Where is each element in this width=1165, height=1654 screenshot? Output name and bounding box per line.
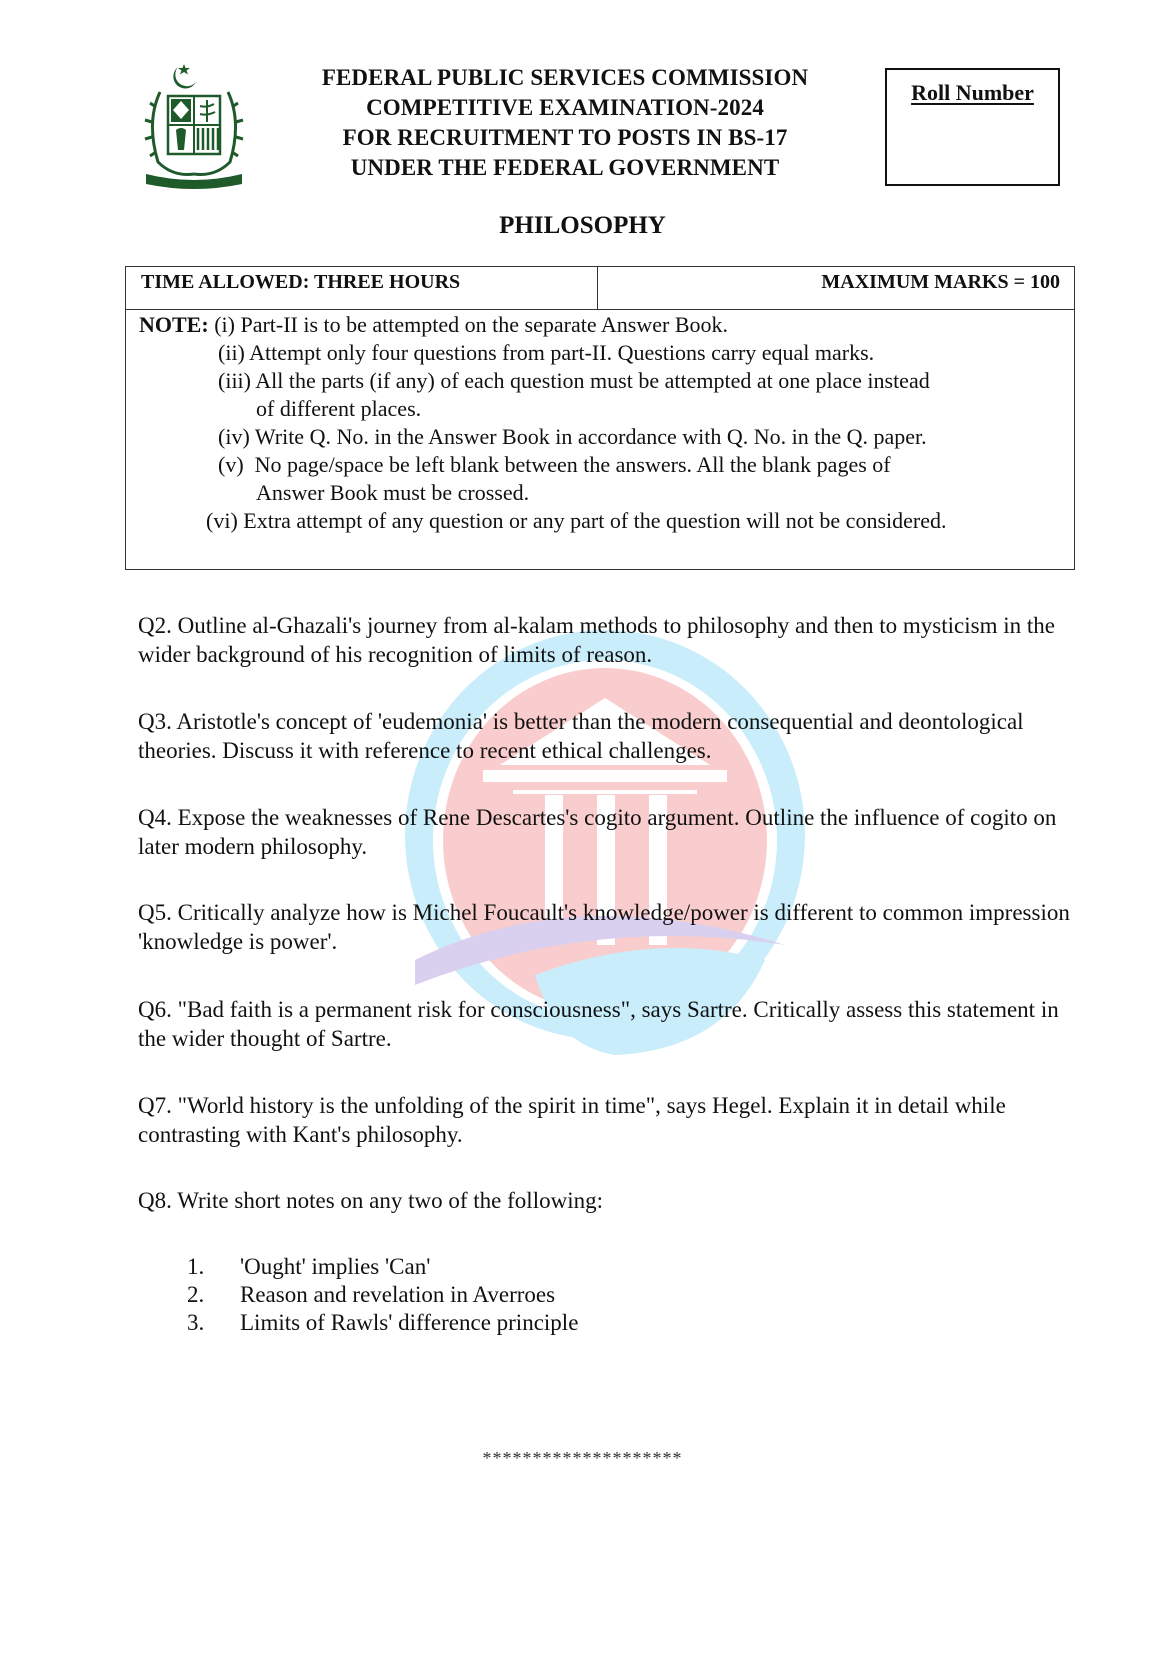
header-line-2: COMPETITIVE EXAMINATION-2024 (290, 93, 840, 123)
note-item: (iv) Write Q. No. in the Answer Book in … (218, 423, 927, 452)
note-item: (i) Part-II is to be attempted on the se… (214, 312, 728, 337)
instructions-table: TIME ALLOWED: THREE HOURS MAXIMUM MARKS … (125, 266, 1075, 570)
q8-item-1: 1. 'Ought' implies 'Can' (187, 1253, 887, 1281)
q8-item-text: Reason and revelation in Averroes (240, 1281, 555, 1309)
header-line-3: FOR RECRUITMENT TO POSTS IN BS-17 (290, 123, 840, 153)
maximum-marks: MAXIMUM MARKS = 100 (821, 271, 1060, 294)
q8-item-2: 2. Reason and revelation in Averroes (187, 1281, 887, 1309)
q8-item-3: 3. Limits of Rawls' difference principle (187, 1309, 887, 1337)
q8-item-number: 2. (187, 1281, 204, 1309)
time-allowed: TIME ALLOWED: THREE HOURS (126, 267, 598, 309)
header-line-4: UNDER THE FEDERAL GOVERNMENT (290, 153, 840, 183)
note-item: (iii) All the parts (if any) of each que… (218, 367, 930, 396)
note-label: NOTE: (139, 312, 209, 337)
q8-item-text: 'Ought' implies 'Can' (240, 1253, 430, 1281)
note-item: (v) No page/space be left blank between … (218, 451, 891, 480)
note-item-continuation: of different places. (256, 395, 421, 424)
time-marks-row: TIME ALLOWED: THREE HOURS MAXIMUM MARKS … (126, 267, 1074, 310)
question-7: Q7. "World history is the unfolding of t… (138, 1091, 1078, 1149)
note-item: (vi) Extra attempt of any question or an… (206, 507, 946, 536)
note-item: (ii) Attempt only four questions from pa… (218, 339, 874, 368)
q8-item-text: Limits of Rawls' difference principle (240, 1309, 578, 1337)
roll-number-label: Roll Number (887, 80, 1058, 106)
question-8: Q8. Write short notes on any two of the … (138, 1186, 1078, 1215)
question-5: Q5. Critically analyze how is Michel Fou… (138, 898, 1078, 956)
roll-number-box[interactable]: Roll Number (885, 68, 1060, 186)
question-6: Q6. "Bad faith is a permanent risk for c… (138, 995, 1078, 1053)
q8-item-number: 3. (187, 1309, 204, 1337)
question-4: Q4. Expose the weaknesses of Rene Descar… (138, 803, 1078, 861)
question-3: Q3. Aristotle's concept of 'eudemonia' i… (138, 707, 1078, 765)
end-of-paper-marker: ******************** (0, 1448, 1165, 1469)
question-2: Q2. Outline al-Ghazali's journey from al… (138, 611, 1078, 669)
header-line-1: FEDERAL PUBLIC SERVICES COMMISSION (290, 63, 840, 93)
subject-title: PHILOSOPHY (0, 212, 1165, 240)
q8-item-number: 1. (187, 1253, 204, 1281)
state-emblem-icon (138, 62, 250, 190)
note-item-continuation: Answer Book must be crossed. (256, 479, 529, 508)
